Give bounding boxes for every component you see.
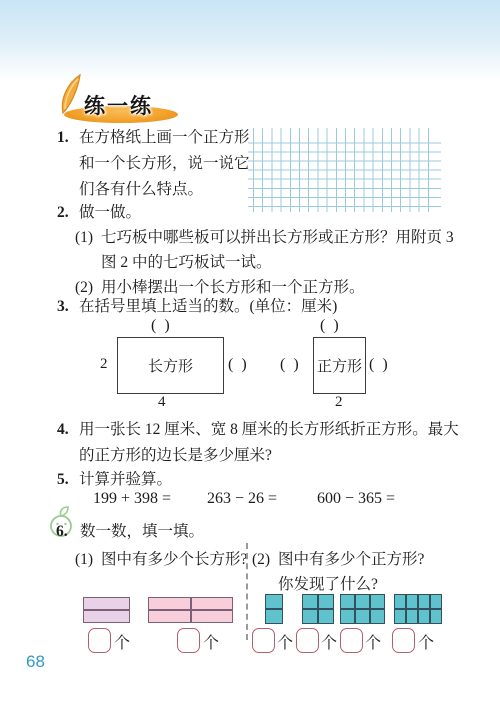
e2-sub2-number: (2) [75, 278, 93, 298]
e5-equation-3: 600 − 365 = [317, 489, 395, 509]
e3-square-right-blank: ( ) [369, 356, 388, 374]
e3-rectangle: 长方形 [117, 337, 224, 394]
teal-grid-1x2 [265, 594, 283, 624]
teal-grid-3x2 [340, 594, 385, 624]
e5-equation-1: 199 + 398 = [93, 489, 171, 509]
dashed-divider [246, 543, 248, 640]
answer-box-3 [252, 628, 275, 653]
e6-number: 6. [56, 522, 68, 542]
e1-line3: 们各有什么特点。 [79, 180, 203, 200]
counter-unit-4: 个 [321, 630, 337, 653]
pink-rectangle-2x2 [148, 597, 233, 623]
e4-line2: 的正方形的边长是多少厘米? [79, 446, 272, 466]
answer-box-6 [392, 628, 415, 653]
e6-q2b-text: 你发现了什么? [278, 575, 378, 595]
teal-grid-2x2 [302, 594, 334, 624]
counter-unit-1: 个 [114, 630, 130, 653]
e5-title: 计算并验算。 [79, 470, 172, 490]
e2-sub1-number: (1) [75, 228, 93, 248]
e3-square: 正方形 [313, 337, 366, 394]
counter-unit-2: 个 [203, 630, 219, 653]
e3-number: 3. [57, 297, 69, 317]
e3-rect-bottom-dim: 4 [158, 394, 166, 411]
e3-rect-top-blank: ( ) [151, 317, 170, 335]
e4-number: 4. [57, 420, 69, 440]
e3-title: 在括号里填上适当的数。(单位：厘米) [79, 297, 337, 317]
e6-title: 数一数，填一填。 [80, 522, 204, 542]
page-number: 68 [26, 652, 45, 672]
e2-sub2-text: 用小棒摆出一个长方形和一个正方形。 [101, 278, 365, 298]
e2-number: 2. [57, 203, 69, 223]
counter-unit-6: 个 [418, 630, 434, 653]
answer-box-2 [177, 628, 200, 653]
answer-box-5 [340, 628, 363, 653]
e1-line1: 在方格纸上画一个正方形 [79, 128, 250, 148]
counter-unit-3: 个 [277, 630, 293, 653]
e5-equation-2: 263 − 26 = [207, 489, 277, 509]
e3-square-left-blank: ( ) [280, 356, 299, 374]
e3-rect-left-dim: 2 [100, 356, 108, 373]
e3-rectangle-label: 长方形 [148, 355, 193, 376]
e3-square-bottom-dim: 2 [335, 394, 343, 411]
counter-unit-5: 个 [365, 630, 381, 653]
e2-title: 做一做。 [79, 203, 141, 223]
answer-box-4 [296, 628, 319, 653]
pink-rectangle-1x2 [83, 597, 130, 623]
e1-number: 1. [57, 128, 69, 148]
e2-sub1-line1: 七巧板中哪些板可以拼出长方形或正方形？用附页 3 [101, 228, 454, 248]
answer-box-1 [88, 628, 111, 653]
e3-square-label: 正方形 [317, 355, 362, 376]
e3-square-top-blank: ( ) [320, 317, 339, 335]
teal-grid-4x2 [394, 594, 442, 624]
e6-q2-text: 图中有多少个正方形? [278, 550, 424, 570]
e2-sub1-line2: 图 2 中的七巧板试一试。 [101, 253, 272, 273]
practice-header-title: 练一练 [84, 90, 153, 120]
textbook-page: 练一练 1. 在方格纸上画一个正方形 和一个长方形，说一说它 们各有什么特点。 … [0, 0, 500, 714]
e1-line2: 和一个长方形，说一说它 [79, 154, 250, 174]
e3-rect-right-blank: ( ) [228, 356, 247, 374]
e4-line1: 用一张长 12 厘米、宽 8 厘米的长方形纸折正方形。最大 [79, 420, 459, 440]
e5-number: 5. [57, 470, 69, 490]
e6-q2-number: (2) [252, 550, 270, 570]
graph-paper-horizontal-lines [248, 134, 441, 207]
e6-q1-number: (1) [75, 550, 93, 570]
e6-q1-text: 图中有多少个长方形? [101, 550, 247, 570]
